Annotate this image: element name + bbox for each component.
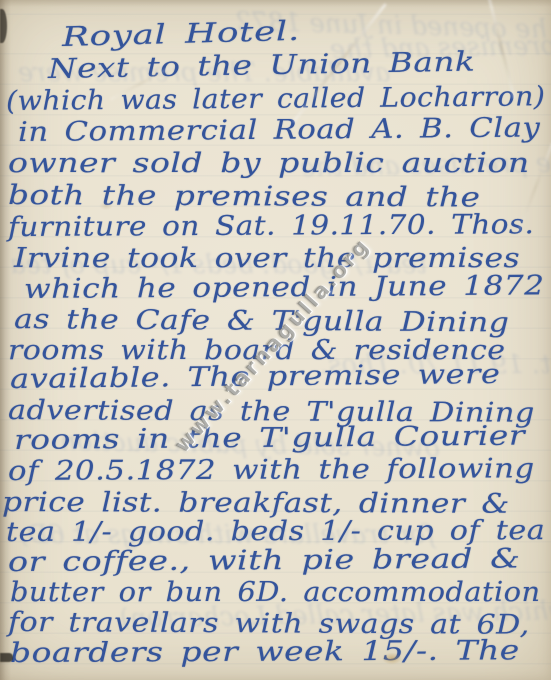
scan-edge-shadow xyxy=(0,0,551,7)
handwritten-line: both the premises and the xyxy=(8,180,481,213)
handwritten-line: owner sold by public auction xyxy=(8,148,530,179)
corner-mark xyxy=(0,653,13,662)
paper-stain xyxy=(96,200,116,212)
handwritten-line: as the Cafe & T'gulla Dining xyxy=(14,304,510,338)
handwritten-line: Irvine took over the premises xyxy=(14,243,520,274)
handwritten-line: furniture on Sat. 19.11.70. Thos. xyxy=(8,209,535,243)
paper-stain xyxy=(378,650,406,667)
scan-edge-shadow xyxy=(0,0,11,680)
handwritten-line: boarders per week 15/-. The xyxy=(10,635,520,669)
handwritten-line: of 20.5.1872 with the following xyxy=(8,453,535,487)
handwritten-line: available. The premise were xyxy=(10,359,501,395)
handwritten-line: rooms in the T'gulla Courier xyxy=(14,421,525,456)
handwritten-line: Royal Hotel. xyxy=(62,16,301,53)
handwritten-line: or coffee., with pie bread & xyxy=(8,543,521,578)
handwritten-line: which he opened in June 1872 xyxy=(24,270,545,305)
handwritten-line: Next to the Union Bank xyxy=(48,47,476,85)
letter-page: which he opened in June 1872both the pre… xyxy=(0,0,551,680)
handwritten-line: in Commercial Road A. B. Clay xyxy=(18,112,541,148)
handwritten-line: butter or bun 6D. accommodation xyxy=(10,577,540,608)
handwritten-line: (which was later called Locharron) xyxy=(6,81,546,117)
